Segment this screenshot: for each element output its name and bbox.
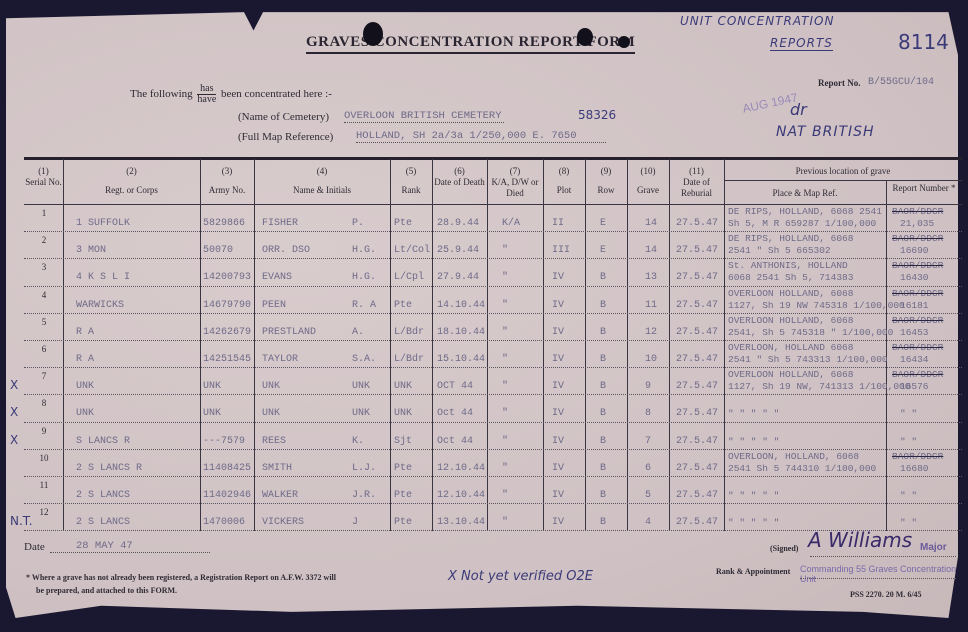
cell-reburial: 27.5.47 <box>676 463 718 474</box>
cell-report-line-2: 16434 <box>900 354 929 365</box>
cell-reburial: 27.5.47 <box>676 300 718 311</box>
cell-date-death: 27.9.44 <box>437 272 479 283</box>
cell-report-line-2: " " <box>900 517 917 528</box>
annotation-unit-concentration: UNIT CONCENTRATION <box>680 14 834 28</box>
cell-place-line-2: Sh 5, M R 659287 1/100,000 <box>728 218 876 229</box>
cell-report-line-2: " " <box>900 490 917 501</box>
cell-grave: 8 <box>645 408 651 419</box>
cemetery-value: OVERLOON BRITISH CEMETERY <box>344 110 504 123</box>
cell-date-death: Oct 44 <box>437 408 473 419</box>
cell-regt: R A <box>76 354 94 365</box>
cell-initials: J <box>352 517 358 528</box>
cell-kad: " <box>502 354 508 365</box>
cell-grave: 11 <box>645 300 657 311</box>
map-ref-correction: 58326 <box>578 108 616 122</box>
cell-rank: Pte <box>394 517 412 528</box>
cell-initials: R. A <box>352 300 376 311</box>
cell-kad: " <box>502 490 508 501</box>
cell-report-line-2: 16680 <box>900 463 929 474</box>
cell-initials: UNK <box>352 408 370 419</box>
cell-row: B <box>600 517 606 528</box>
cell-report-line-1: BAOR/DDGR <box>892 233 943 244</box>
cell-army-no: 1470006 <box>203 517 245 528</box>
cell-grave: 14 <box>645 218 657 229</box>
column-header-reburial: (11)Date of Reburial <box>669 166 724 199</box>
cell-grave: 12 <box>645 327 657 338</box>
cell-grave: 7 <box>645 436 651 447</box>
table-top-rule <box>24 157 962 160</box>
cell-place-line-1: OVERLOON, HOLLAND, 6068 <box>728 451 859 462</box>
cell-kad: " <box>502 517 508 528</box>
cell-place-line-2: " " " " " <box>728 408 779 419</box>
cell-kad: K/A <box>502 218 520 229</box>
cell-kad: " <box>502 408 508 419</box>
cell-row: E <box>600 245 606 256</box>
cell-reburial: 27.5.47 <box>676 327 718 338</box>
report-no-value: B/55GCU/104 <box>868 77 934 88</box>
cell-place-line-2: 2541 " Sh 5 743313 1/100,000 <box>728 354 888 365</box>
cell-name: WALKER <box>262 490 298 501</box>
cell-place-line-1: DE RIPS, HOLLAND, 6068 <box>728 233 853 244</box>
serial-number: 8 <box>24 398 64 408</box>
cell-place-line-2: 2541, Sh 5 745318 " 1/100,000 <box>728 327 893 338</box>
cell-report-line-2: 16181 <box>900 300 929 311</box>
cell-place-line-1: OVERLOON HOLLAND, 6068 <box>728 315 853 326</box>
cell-rank: Pte <box>394 490 412 501</box>
signed-label: (Signed) <box>770 544 798 553</box>
row-rule <box>24 258 962 259</box>
serial-number: 6 <box>24 344 64 354</box>
column-header-kad: (7)K/A, D/W or Died <box>487 166 543 199</box>
cell-army-no: 14200793 <box>203 272 251 283</box>
cell-plot: IV <box>552 436 564 447</box>
cell-report-line-1: BAOR/DDGR <box>892 342 943 353</box>
annotation-number: 8114 <box>898 30 949 54</box>
handwritten-verification-note: X Not yet verified O2E <box>448 569 593 584</box>
ink-blot <box>577 28 593 46</box>
cell-initials: A. <box>352 327 364 338</box>
cell-row: B <box>600 272 606 283</box>
cell-name: VICKERS <box>262 517 304 528</box>
cell-reburial: 27.5.47 <box>676 354 718 365</box>
cell-kad: " <box>502 327 508 338</box>
cell-date-death: 25.9.44 <box>437 245 479 256</box>
map-ref-label: (Full Map Reference) <box>238 131 333 143</box>
cell-report-line-2: 16430 <box>900 272 929 283</box>
row-rule <box>24 367 962 368</box>
row-rule <box>24 476 962 477</box>
cell-name: TAYLOR <box>262 354 298 365</box>
column-header-date-of-death: (6)Date of Death <box>432 166 487 188</box>
cell-regt: 4 K S L I <box>76 272 130 283</box>
cell-kad: " <box>502 245 508 256</box>
cell-name: SMITH <box>262 463 292 474</box>
cell-report-line-1: BAOR/DDGR <box>892 451 943 462</box>
row-rule <box>24 394 962 395</box>
annotation-reports: REPORTS <box>770 36 833 51</box>
cell-plot: IV <box>552 490 564 501</box>
cell-rank: L/Bdr <box>394 327 424 338</box>
cell-army-no: 50070 <box>203 245 233 256</box>
column-header-place: Place & Map Ref. <box>724 188 886 199</box>
cell-army-no: 14679790 <box>203 300 251 311</box>
cell-initials: S.A. <box>352 354 376 365</box>
cell-regt: 3 MON <box>76 245 106 256</box>
ink-blot <box>363 22 383 46</box>
row-rule <box>24 503 962 504</box>
cell-place-line-2: 6068 2541 Sh 5, 714383 <box>728 272 853 283</box>
cell-kad: " <box>502 272 508 283</box>
cell-regt: 1 SUFFOLK <box>76 218 130 229</box>
cell-reburial: 27.5.47 <box>676 436 718 447</box>
nationality-note: NAT BRITISH <box>776 124 875 140</box>
serial-number: 2 <box>24 235 64 245</box>
column-header-name: (4)Name & Initials <box>254 166 390 196</box>
cell-name: EVANS <box>262 272 292 283</box>
column-header-row: (9)Row <box>585 166 627 196</box>
prev-location-subrule <box>724 180 962 181</box>
cell-kad: " <box>502 463 508 474</box>
column-header-army-no: (3)Army No. <box>200 166 254 196</box>
cell-place-line-2: 1127, Sh 19 NW, 741313 1/100,000 <box>728 381 910 392</box>
cell-name: REES <box>262 436 286 447</box>
signed-rank: Major <box>920 542 947 553</box>
map-ref-value: HOLLAND, SH 2a/3a 1/250,000 E. 7650 <box>356 130 606 143</box>
cell-rank: Pte <box>394 300 412 311</box>
cell-kad: " <box>502 300 508 311</box>
date-value: 28 MAY 47 <box>50 540 210 553</box>
cell-date-death: 15.10.44 <box>437 354 485 365</box>
cell-row: B <box>600 408 606 419</box>
cell-reburial: 27.5.47 <box>676 490 718 501</box>
cell-plot: III <box>552 245 570 256</box>
cell-regt: S LANCS R <box>76 436 130 447</box>
cell-place-line-1: OVERLOON, HOLLAND 6068 <box>728 342 853 353</box>
cell-name: UNK <box>262 381 280 392</box>
cell-place-line-2: 2541 Sh 5 744310 1/100,000 <box>728 463 876 474</box>
serial-number: 7 <box>24 371 64 381</box>
footnote-line-2: be prepared, and attached to this FORM. <box>36 586 177 595</box>
cell-army-no: 11402946 <box>203 490 251 501</box>
cell-place-line-2: " " " " " <box>728 436 779 447</box>
row-rule <box>24 286 962 287</box>
cell-grave: 10 <box>645 354 657 365</box>
cell-date-death: Oct 44 <box>437 436 473 447</box>
intro-suffix: been concentrated here :- <box>221 88 332 100</box>
cell-initials: H.G. <box>352 272 376 283</box>
serial-number: 9 <box>24 426 64 436</box>
cell-report-line-1: BAOR/DDGR <box>892 206 943 217</box>
cell-row: B <box>600 381 606 392</box>
serial-number: 1 <box>24 208 64 218</box>
serial-number: 11 <box>24 480 64 490</box>
cell-initials: H.G. <box>352 245 376 256</box>
cell-place-line-1: OVERLOON HOLLAND, 6068 <box>728 288 853 299</box>
initials-mark: dr <box>790 100 807 119</box>
serial-number: 10 <box>24 453 64 463</box>
margin-mark: X <box>10 378 18 392</box>
cell-report-line-2: " " <box>900 436 917 447</box>
row-rule <box>24 422 962 423</box>
cell-grave: 13 <box>645 272 657 283</box>
header-bottom-rule <box>24 204 962 205</box>
cell-regt: 2 S LANCS R <box>76 463 142 474</box>
cell-name: ORR. DSO <box>262 245 310 256</box>
cell-reburial: 27.5.47 <box>676 245 718 256</box>
cell-regt: 2 S LANCS <box>76 517 130 528</box>
cell-name: PEEN <box>262 300 286 311</box>
serial-number: 3 <box>24 262 64 272</box>
cell-place-line-1: St. ANTHONIS, HOLLAND <box>728 260 848 271</box>
cell-grave: 4 <box>645 517 651 528</box>
cell-army-no: UNK <box>203 408 221 419</box>
cell-date-death: 12.10.44 <box>437 463 485 474</box>
cell-place-line-2: " " " " " <box>728 517 779 528</box>
cell-reburial: 27.5.47 <box>676 272 718 283</box>
cell-grave: 14 <box>645 245 657 256</box>
cell-army-no: 5829866 <box>203 218 245 229</box>
has-have-choice: has have <box>197 84 216 105</box>
cell-plot: IV <box>552 517 564 528</box>
cell-reburial: 27.5.47 <box>676 218 718 229</box>
intro-prefix: The following <box>130 88 193 100</box>
cell-reburial: 27.5.47 <box>676 381 718 392</box>
cell-place-line-2: 2541 " Sh 5 665302 <box>728 245 831 256</box>
intro-text: The following has have been concentrated… <box>130 84 332 105</box>
cell-place-line-2: 1127, Sh 19 NW 745318 1/100,000 <box>728 300 905 311</box>
margin-mark: X <box>10 433 18 447</box>
column-header-plot: (8)Plot <box>543 166 585 196</box>
footnote-line-1: * Where a grave has not already been reg… <box>26 573 336 582</box>
cell-rank: Lt/Col <box>394 245 430 256</box>
cell-row: B <box>600 463 606 474</box>
column-header-report-number: Report Number * <box>886 183 962 194</box>
cell-kad: " <box>502 381 508 392</box>
cell-plot: IV <box>552 300 564 311</box>
cell-plot: IV <box>552 463 564 474</box>
cell-report-line-1: BAOR/DDGR <box>892 315 943 326</box>
row-rule <box>24 231 962 232</box>
cell-reburial: 27.5.47 <box>676 517 718 528</box>
margin-mark: X <box>10 405 18 419</box>
cell-name: FISHER <box>262 218 298 229</box>
cell-army-no: 14251545 <box>203 354 251 365</box>
cell-initials: K. <box>352 436 364 447</box>
row-rule <box>24 340 962 341</box>
row-rule <box>24 449 962 450</box>
cell-initials: P. <box>352 218 364 229</box>
cell-rank: L/Cpl <box>394 272 424 283</box>
cell-regt: WARWICKS <box>76 300 124 311</box>
column-header-grave: (10)Grave <box>627 166 669 196</box>
cell-plot: IV <box>552 327 564 338</box>
cell-row: B <box>600 327 606 338</box>
cell-date-death: 18.10.44 <box>437 327 485 338</box>
form-code: PSS 2270. 20 M. 6/45 <box>850 590 922 599</box>
cell-rank: Pte <box>394 463 412 474</box>
cell-date-death: 14.10.44 <box>437 300 485 311</box>
date-label: Date <box>24 541 45 553</box>
cell-reburial: 27.5.47 <box>676 408 718 419</box>
cell-plot: IV <box>552 408 564 419</box>
cell-row: B <box>600 436 606 447</box>
cell-report-line-2: 16453 <box>900 327 929 338</box>
cell-date-death: 13.10.44 <box>437 517 485 528</box>
cell-initials: UNK <box>352 381 370 392</box>
cell-report-line-1: BAOR/DDGR <box>892 260 943 271</box>
cell-name: UNK <box>262 408 280 419</box>
cell-plot: IV <box>552 272 564 283</box>
cell-date-death: 28.9.44 <box>437 218 479 229</box>
margin-mark: N.T. <box>10 514 33 528</box>
cell-initials: L.J. <box>352 463 376 474</box>
cell-rank: Pte <box>394 218 412 229</box>
ink-blot <box>618 36 630 48</box>
cell-regt: UNK <box>76 408 94 419</box>
cell-army-no: ---7579 <box>203 436 245 447</box>
cell-report-line-2: " " <box>900 408 917 419</box>
cell-army-no: 11408425 <box>203 463 251 474</box>
intro-have: have <box>197 95 216 105</box>
cell-date-death: OCT 44 <box>437 381 473 392</box>
cell-report-line-1: BAOR/DDGR <box>892 288 943 299</box>
row-rule <box>24 313 962 314</box>
cell-grave: 9 <box>645 381 651 392</box>
rank-appointment-label: Rank & Appointment <box>716 567 790 576</box>
column-header-rank: (5)Rank <box>390 166 432 196</box>
signature: A Williams <box>808 528 912 552</box>
column-header-prev-location: Previous location of grave <box>724 166 962 177</box>
cell-plot: IV <box>552 354 564 365</box>
rank-appointment-stamp: Commanding 55 Graves Concentration Unit <box>800 564 968 584</box>
cell-date-death: 12.10.44 <box>437 490 485 501</box>
cell-regt: UNK <box>76 381 94 392</box>
cell-kad: " <box>502 436 508 447</box>
cemetery-label: (Name of Cemetery) <box>238 111 329 123</box>
cell-plot: IV <box>552 381 564 392</box>
cell-army-no: 14262679 <box>203 327 251 338</box>
cell-row: B <box>600 490 606 501</box>
cell-grave: 5 <box>645 490 651 501</box>
cell-initials: J.R. <box>352 490 376 501</box>
report-no-label: Report No. <box>818 78 861 88</box>
cell-rank: Sjt <box>394 436 412 447</box>
column-header-regt: (2)Regt. or Corps <box>63 166 200 196</box>
cell-place-line-1: OVERLOON HOLLAND, 6068 <box>728 369 853 380</box>
cell-rank: UNK <box>394 408 412 419</box>
cell-plot: II <box>552 218 564 229</box>
cell-place-line-1: DE RIPS, HOLLAND, 6068 2541 <box>728 206 882 217</box>
cell-army-no: UNK <box>203 381 221 392</box>
cell-rank: L/Bdr <box>394 354 424 365</box>
cell-row: B <box>600 354 606 365</box>
cell-row: B <box>600 300 606 311</box>
cell-report-line-2: 16576 <box>900 381 929 392</box>
cell-report-line-1: BAOR/DDGR <box>892 369 943 380</box>
serial-number: 4 <box>24 290 64 300</box>
cell-row: E <box>600 218 606 229</box>
serial-number: 5 <box>24 317 64 327</box>
cell-place-line-2: " " " " " <box>728 490 779 501</box>
column-header-serial: (1)Serial No. <box>24 166 63 188</box>
cell-regt: 2 S LANCS <box>76 490 130 501</box>
cell-grave: 6 <box>645 463 651 474</box>
cell-report-line-2: 21,035 <box>900 218 934 229</box>
cell-name: PRESTLAND <box>262 327 316 338</box>
cell-report-line-2: 16690 <box>900 245 929 256</box>
cell-rank: UNK <box>394 381 412 392</box>
cell-regt: R A <box>76 327 94 338</box>
